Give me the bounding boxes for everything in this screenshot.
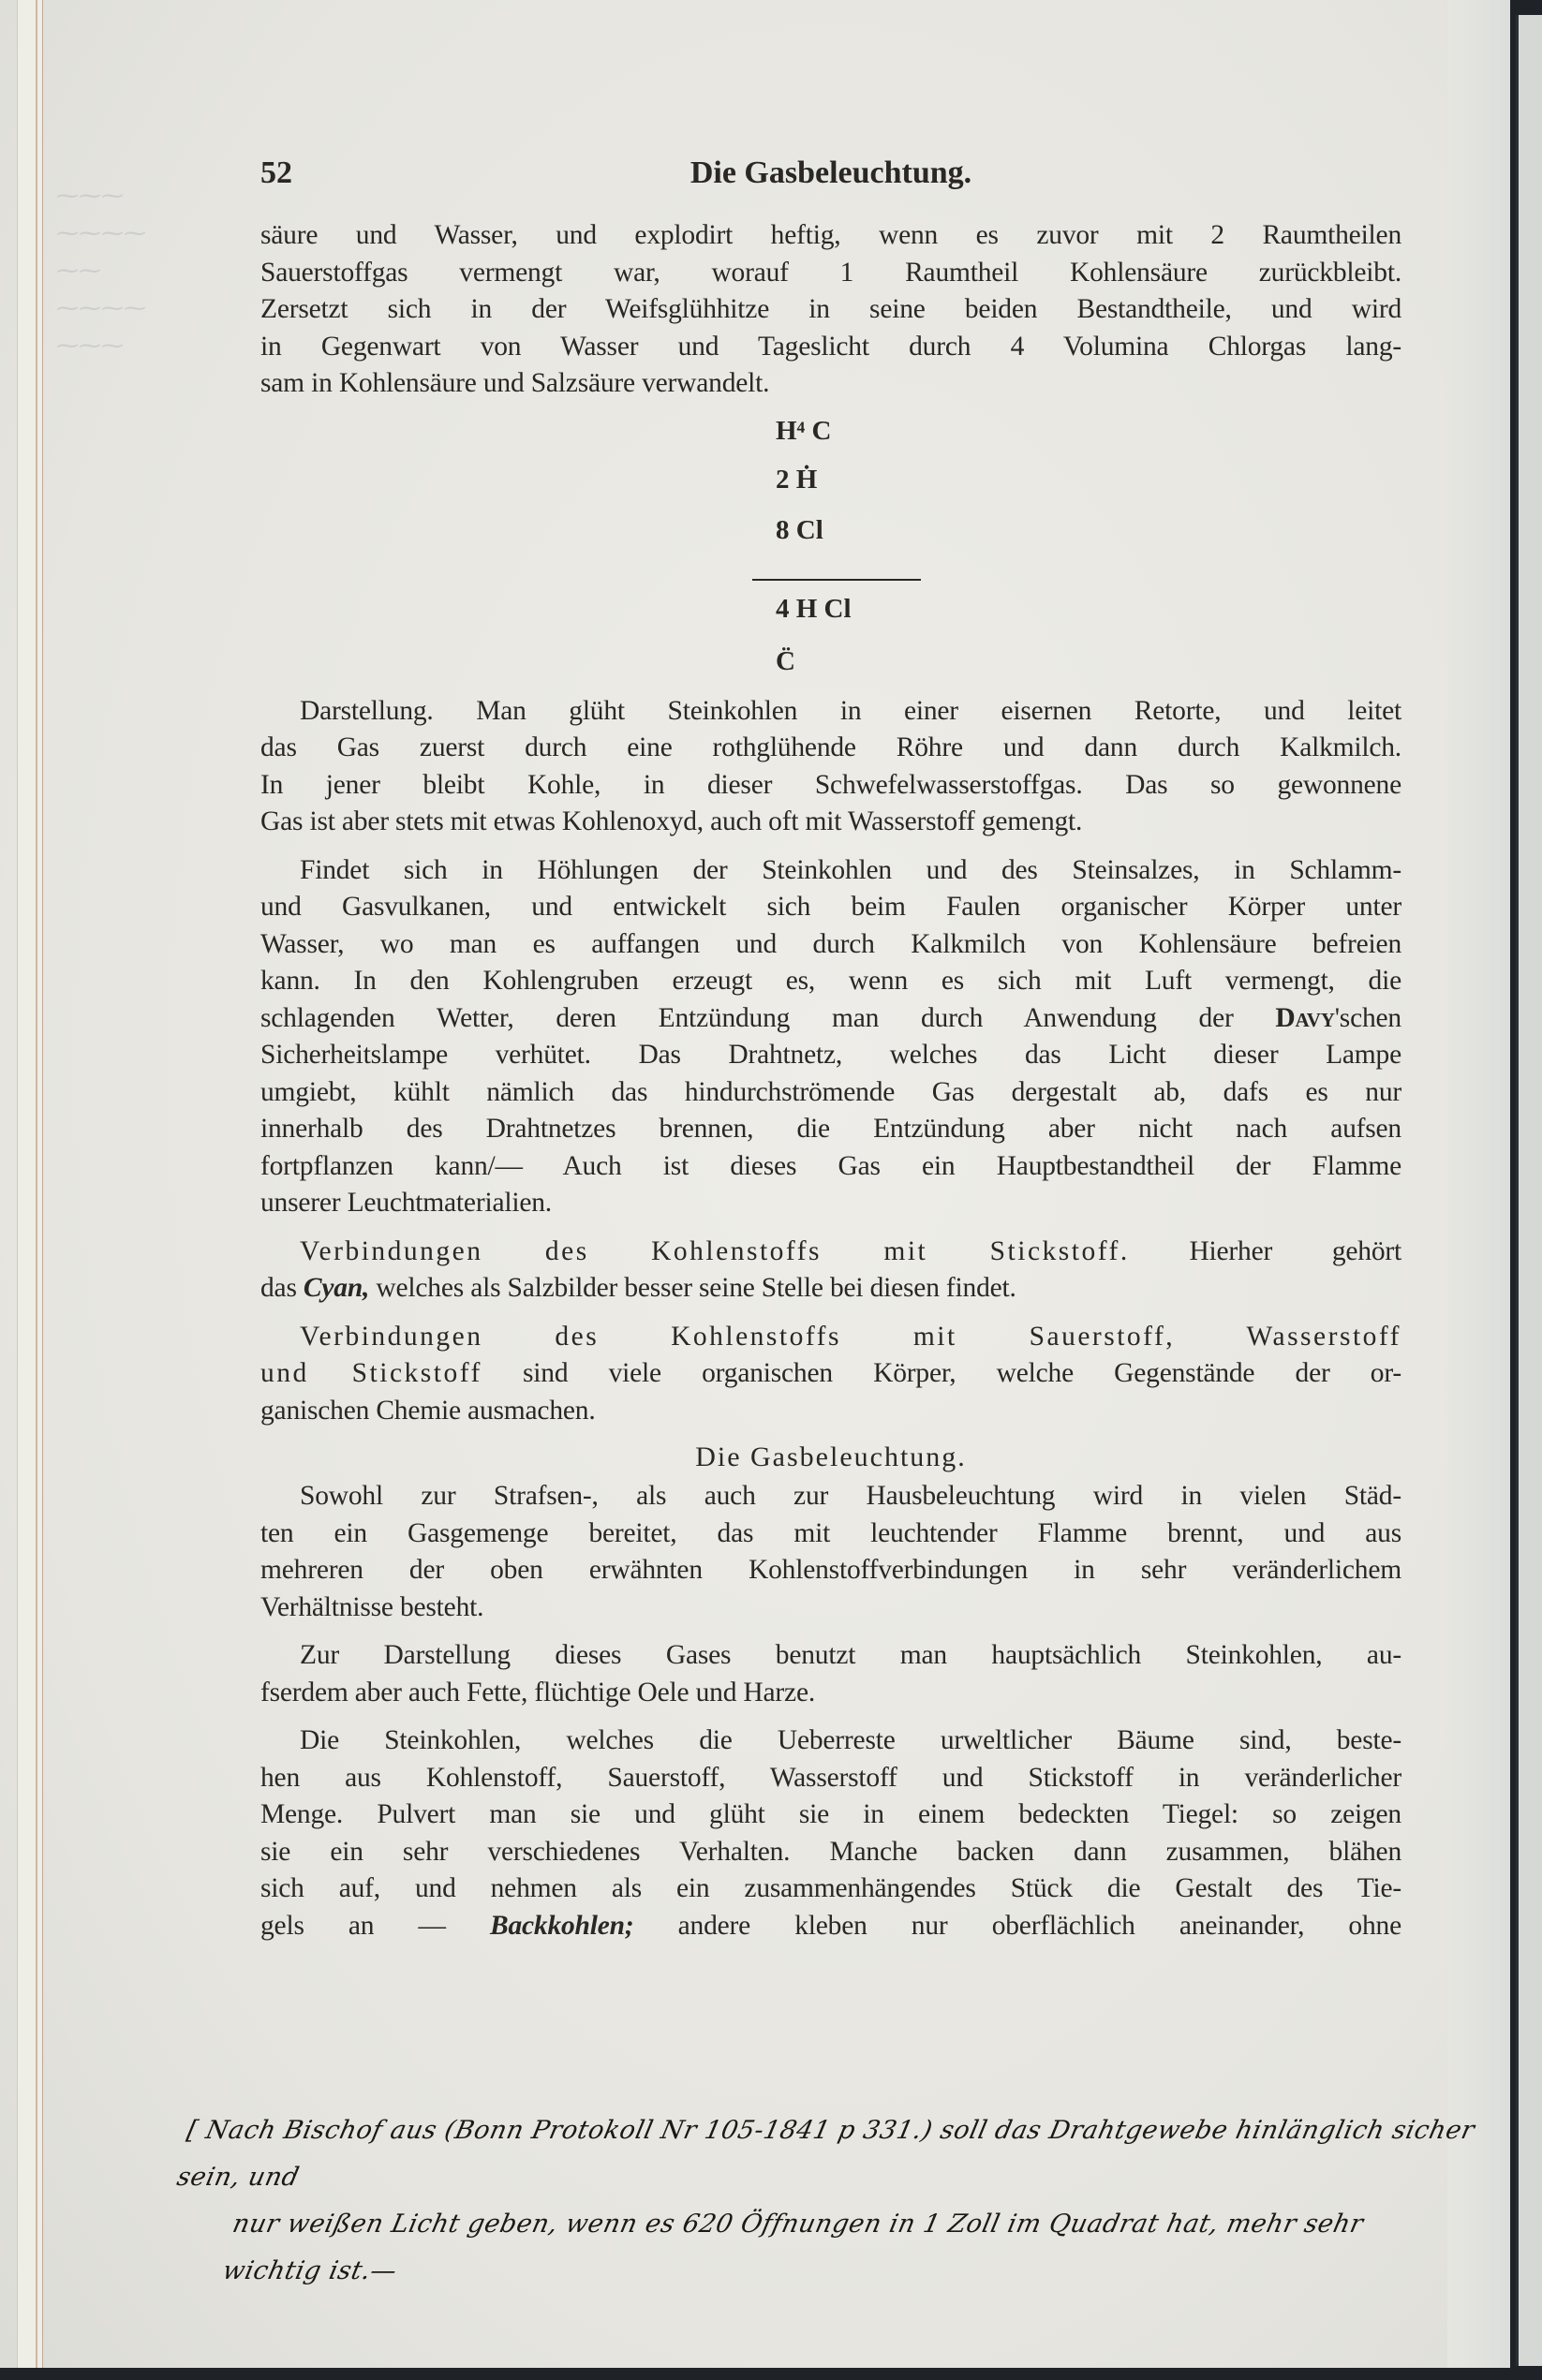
text-line: Gas ist aber stets mit etwas Kohlenoxyd,… — [260, 804, 1401, 841]
text-line: hen aus Kohlenstoff, Sauerstoff, Wassers… — [260, 1760, 1401, 1797]
paragraph-sauerstoff: Verbindungen des Kohlenstoffs mit Sauers… — [260, 1319, 1401, 1430]
text-line: sie ein sehr verschiedenes Verhalten. Ma… — [260, 1834, 1401, 1871]
text-line: innerhalb des Drahtnetzes brennen, die E… — [260, 1111, 1401, 1148]
text-line: ganischen Chemie ausmachen. — [260, 1393, 1401, 1430]
page-edge — [1447, 0, 1510, 2368]
text-line: sich auf, und nehmen als ein zusammenhän… — [260, 1870, 1401, 1908]
formula-line: H⁴ C — [776, 412, 831, 450]
text-line: unserer Leuchtmaterialien. — [260, 1185, 1401, 1222]
text-line: und Stickstoff sind viele organischen Kö… — [260, 1355, 1401, 1393]
formula-rule — [752, 579, 921, 581]
text-line: Die Steinkohlen, welches die Ueberreste … — [260, 1722, 1401, 1760]
paragraph-darstellung: Darstellung. Man glüht Steinkohlen in ei… — [260, 693, 1401, 841]
text-line: Verbindungen des Kohlenstoffs mit Sauers… — [260, 1319, 1401, 1356]
formula-result: C̈ — [776, 643, 795, 680]
paragraph-stickstoff: Verbindungen des Kohlenstoffs mit Sticks… — [260, 1234, 1401, 1308]
text-line: In jener bleibt Kohle, in dieser Schwefe… — [260, 767, 1401, 805]
text-line: fortpflanzen kann/— Auch ist dieses Gas … — [260, 1148, 1401, 1186]
adjacent-page-edge — [1516, 15, 1542, 2366]
name-davy: Davy — [1275, 1003, 1334, 1033]
text-line: in Gegenwart von Wasser und Tageslicht d… — [260, 329, 1401, 366]
section-title: Die Gasbeleuchtung. — [260, 1429, 1401, 1478]
text-line: Darstellung. Man glüht Steinkohlen in ei… — [260, 693, 1401, 731]
paragraph-zur-darstellung: Zur Darstellung dieses Gases benutzt man… — [260, 1637, 1401, 1711]
text-line: kann. In den Kohlengruben erzeugt es, we… — [260, 963, 1401, 1000]
page-gutter — [17, 0, 43, 2368]
bleed-through-margin-notes: ⁓⁓⁓⁓⁓⁓⁓⁓⁓⁓⁓⁓⁓⁓⁓⁓ — [56, 178, 244, 365]
running-head: 52 Die Gasbeleuchtung. — [260, 140, 1401, 197]
text-line: umgiebt, kühlt nämlich das hindurchström… — [260, 1074, 1401, 1112]
text-line: Zersetzt sich in der Weifsglühhitze in s… — [260, 291, 1401, 329]
term-backkohlen: Backkohlen; — [490, 1911, 634, 1941]
text-line: Verbindungen des Kohlenstoffs mit Sticks… — [260, 1234, 1401, 1271]
text-line: sam in Kohlensäure und Salzsäure verwand… — [260, 365, 1401, 403]
term-cyan: Cyan, — [304, 1273, 369, 1303]
paragraph-sowohl: Sowohl zur Strafsen-, als auch zur Hausb… — [260, 1478, 1401, 1626]
handwritten-line: nur weißen Licht geben, wenn es 620 Öffn… — [153, 2201, 1465, 2295]
running-title: Die Gasbeleuchtung. — [260, 155, 1401, 191]
handwritten-annotation: [ Nach Bischof aus (Bonn Protokoll Nr 10… — [153, 2107, 1486, 2295]
paragraph-steinkohlen: Die Steinkohlen, welches die Ueberreste … — [260, 1722, 1401, 1944]
text-line: Sauerstoffgas vermengt war, worauf 1 Rau… — [260, 255, 1401, 292]
text-line: Wasser, wo man es auffangen und durch Ka… — [260, 926, 1401, 964]
book-page: ⁓⁓⁓⁓⁓⁓⁓⁓⁓⁓⁓⁓⁓⁓⁓⁓ 52 Die Gasbeleuchtung. … — [0, 0, 1510, 2368]
formula-result: 4 H Cl — [776, 590, 852, 628]
text-line: mehreren der oben erwähnten Kohlenstoffv… — [260, 1552, 1401, 1589]
text-line: Sowohl zur Strafsen-, als auch zur Hausb… — [260, 1478, 1401, 1515]
text-line: das Gas zuerst durch eine rothglühende R… — [260, 730, 1401, 767]
paragraph-continuation: säure und Wasser, und explodirt heftig, … — [260, 217, 1401, 403]
printed-text: 52 Die Gasbeleuchtung. säure und Wasser,… — [260, 140, 1401, 1944]
text-line: Menge. Pulvert man sie und glüht sie in … — [260, 1796, 1401, 1834]
text-line: säure und Wasser, und explodirt heftig, … — [260, 217, 1401, 255]
text-line: Zur Darstellung dieses Gases benutzt man… — [260, 1637, 1401, 1675]
handwritten-line: [ Nach Bischof aus (Bonn Protokoll Nr 10… — [172, 2107, 1485, 2201]
text-line: Sicherheitslampe verhütet. Das Drahtnetz… — [260, 1037, 1401, 1074]
text-line: gels an — Backkohlen; andere kleben nur … — [260, 1908, 1401, 1945]
text-line: ten ein Gasgemenge bereitet, das mit leu… — [260, 1515, 1401, 1553]
text-line: das Cyan, welches als Salzbilder besser … — [260, 1270, 1401, 1308]
formula-line: 2 Ḣ — [776, 461, 817, 498]
text-line: Findet sich in Höhlungen der Steinkohlen… — [260, 852, 1401, 890]
text-line: schlagenden Wetter, deren Entzündung man… — [260, 1000, 1401, 1038]
text-line: Verhältnisse besteht. — [260, 1589, 1401, 1627]
paragraph-findet: Findet sich in Höhlungen der Steinkohlen… — [260, 852, 1401, 1222]
text-line: fserdem aber auch Fette, flüchtige Oele … — [260, 1675, 1401, 1712]
gutter-line — [36, 0, 37, 2368]
chemical-formula: H⁴ C 2 Ḣ 8 Cl 4 H Cl C̈ — [260, 403, 1401, 693]
text-line: und Gasvulkanen, und entwickelt sich bei… — [260, 889, 1401, 926]
formula-line: 8 Cl — [776, 511, 823, 549]
